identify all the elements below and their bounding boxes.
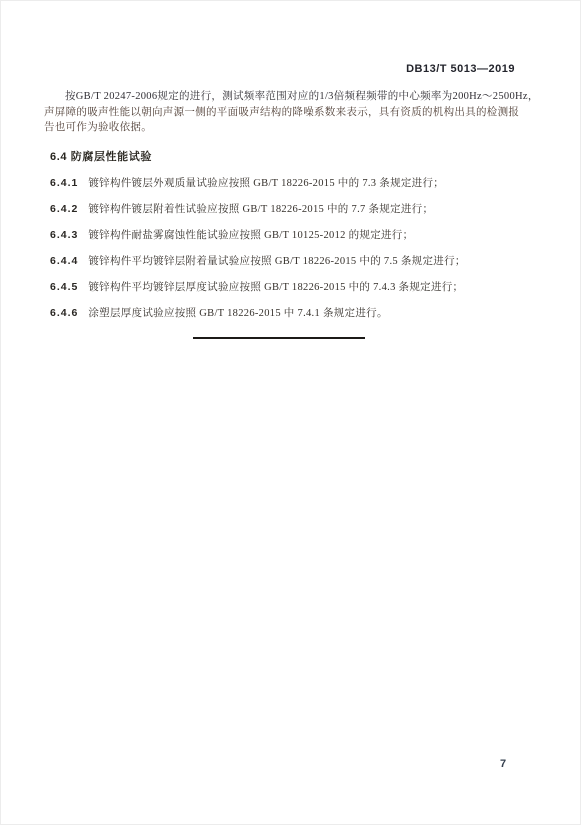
intro-paragraph: 按GB/T 20247-2006规定的进行，测试频率范围对应的1/3倍频程频带的… [44,89,534,136]
page-number: 7 [500,758,506,770]
clause-text: 镀锌构件平均镀锌层附着量试验应按照 GB/T 18226-2015 中的 7.5… [88,256,465,267]
clause-number: 6.4.6 [50,307,78,319]
clause-item: 6.4.3镀锌构件耐盐雾腐蚀性能试验应按照 GB/T 10125-2012 的规… [44,229,534,242]
clause-number: 6.4.2 [50,203,78,215]
paragraph-line: 声屏障的吸声性能以朝向声源一侧的平面吸声结构的降噪系数来表示，具有资质的机构出具… [44,105,534,121]
end-of-text-divider [193,337,365,339]
section-heading: 6.4 防腐层性能试验 [44,148,534,164]
page-content: 按GB/T 20247-2006规定的进行，测试频率范围对应的1/3倍频程频带的… [44,89,534,339]
clause-item: 6.4.5镀锌构件平均镀锌层厚度试验应按照 GB/T 18226-2015 中的… [44,281,534,294]
clause-number: 6.4.5 [50,281,78,293]
clause-number: 6.4.4 [50,255,78,267]
clause-item: 6.4.6涂塑层厚度试验应按照 GB/T 18226-2015 中 7.4.1 … [44,307,534,320]
clause-number: 6.4.1 [50,177,78,189]
clause-text: 镀锌构件平均镀锌层厚度试验应按照 GB/T 18226-2015 中的 7.4.… [88,282,463,293]
document-page: DB13/T 5013—2019 按GB/T 20247-2006规定的进行，测… [0,0,581,825]
paragraph-line: 按GB/T 20247-2006规定的进行，测试频率范围对应的1/3倍频程频带的… [44,89,534,105]
clause-text: 涂塑层厚度试验应按照 GB/T 18226-2015 中 7.4.1 条规定进行… [88,308,387,319]
clause-item: 6.4.4镀锌构件平均镀锌层附着量试验应按照 GB/T 18226-2015 中… [44,255,534,268]
clause-number: 6.4.3 [50,229,78,241]
clause-text: 镀锌构件镀层外观质量试验应按照 GB/T 18226-2015 中的 7.3 条… [88,178,444,189]
paragraph-line: 告也可作为验收依据。 [44,120,534,136]
clause-text: 镀锌构件镀层附着性试验应按照 GB/T 18226-2015 中的 7.7 条规… [88,204,433,215]
clause-item: 6.4.1镀锌构件镀层外观质量试验应按照 GB/T 18226-2015 中的 … [44,177,534,190]
clause-item: 6.4.2镀锌构件镀层附着性试验应按照 GB/T 18226-2015 中的 7… [44,203,534,216]
clause-text: 镀锌构件耐盐雾腐蚀性能试验应按照 GB/T 10125-2012 的规定进行； [88,230,413,241]
document-code-header: DB13/T 5013—2019 [406,63,515,75]
